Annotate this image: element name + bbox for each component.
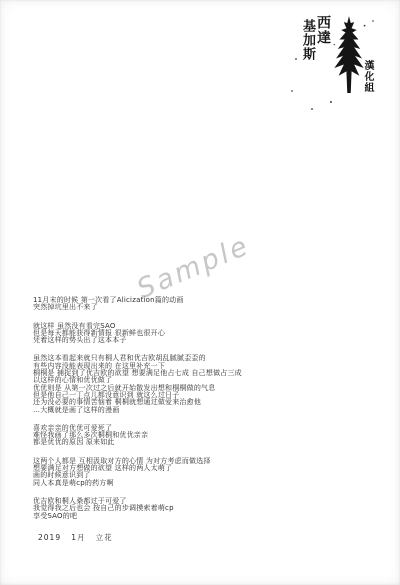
text-line: 突然掉坑里出不来了 [33, 304, 333, 311]
scanned-doujinshi-page: 基加斯 西達 漢化組 Sample 11月末的时候 第一次看了Alicizati… [0, 0, 400, 585]
signature-line: 2019 1月 立花 [38, 532, 113, 543]
afterword: 11月末的时候 第一次看了Alicization篇的动画 突然掉坑里出不来了 就… [33, 297, 333, 531]
paragraph: 就这样 虽然没有看完SAO 但是每天都能获得新情报 很新鲜也很开心 凭着这样的势… [33, 323, 333, 345]
text-line: 同人本真是萌cp的药方啊 [33, 480, 333, 487]
ink-speck [295, 58, 297, 60]
paragraph: 优吉欧和桐人桑都过于可爱了 我觉得我之后也会 按自己的步调摸索着萌cp 享受SA… [33, 498, 333, 520]
ink-speck [372, 20, 374, 22]
text-line: …大概就是画了这样的漫画 [33, 407, 333, 414]
text-line: 都是优优的原因 原来如此 [33, 439, 333, 446]
paragraph: 虽然这本看起来就只有桐人君和优吉欧胡乱腻腻歪歪的 有些内容没能表现出来的 在这里… [33, 355, 333, 413]
paragraph: 11月末的时候 第一次看了Alicization篇的动画 突然掉坑里出不来了 [33, 297, 333, 312]
paragraph: 喜欢亲亲的优优可爱死了 难怪我画了那么多次桐桐和优优亲亲 都是优优的原因 原来如… [33, 425, 333, 447]
text-line: 凭着这样的势头出了这本本子 [33, 337, 333, 344]
text-line: 我觉得我之后也会 按自己的步调摸索着萌cp [33, 505, 333, 512]
paragraph: 这两个人都是 互相汲取对方的心情 为对方考虑而做选择 想要满足对方想做的欲望 这… [33, 458, 333, 487]
scanlation-logo: 基加斯 西達 漢化組 [288, 12, 378, 112]
ink-speck [291, 90, 293, 92]
logo-text-right: 西達 [316, 15, 330, 45]
text-line: 享受SAO的吧 [33, 513, 333, 520]
pine-tree-icon [330, 12, 368, 98]
ink-speck [330, 101, 332, 103]
logo-text-left: 基加斯 [301, 19, 314, 61]
ink-speck [311, 108, 313, 110]
sample-watermark: Sample [133, 230, 255, 305]
